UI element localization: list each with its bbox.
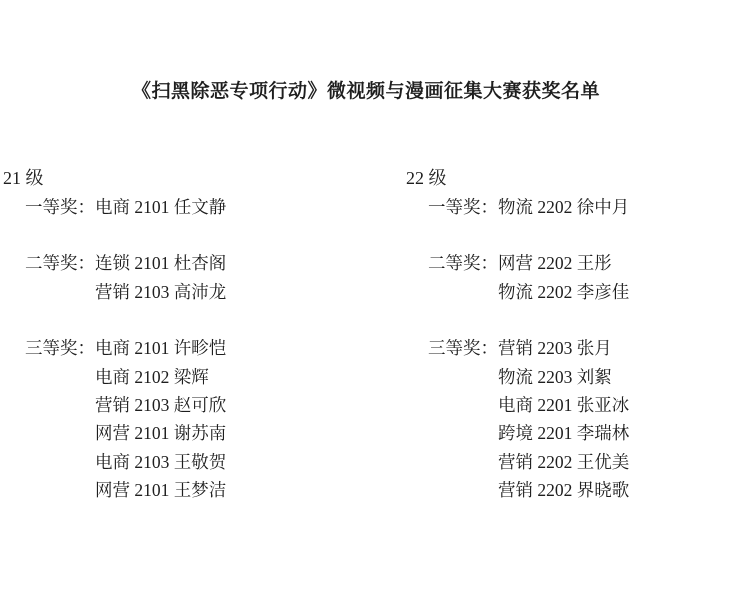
award-tier-label: 二等奖：	[25, 249, 95, 277]
winner-entry: 物流 2203 刘絮	[498, 363, 629, 391]
second-prize-group: 二等奖： 连锁 2101 杜杏阁 营销 2103 高沛龙	[3, 249, 226, 306]
winner-entry: 网营 2101 王梦洁	[95, 476, 226, 504]
winner-list: 电商 2101 许畛恺 电商 2102 梁辉 营销 2103 赵可欣 网营 21…	[95, 334, 226, 504]
winner-list: 营销 2203 张月 物流 2203 刘絮 电商 2201 张亚冰 跨境 220…	[498, 334, 629, 504]
document-page: 《扫黑除恶专项行动》微视频与漫画征集大赛获奖名单 21 级 一等奖： 电商 21…	[0, 0, 732, 592]
winner-list: 电商 2101 任文静	[95, 193, 226, 221]
grade-21-column: 21 级 一等奖： 电商 2101 任文静 二等奖： 连锁 2101 杜杏阁 营…	[3, 164, 226, 505]
winner-entry: 电商 2101 许畛恺	[95, 334, 226, 362]
winner-entry: 网营 2202 王彤	[498, 249, 629, 277]
winner-entry: 营销 2103 赵可欣	[95, 391, 226, 419]
winner-entry: 营销 2202 界晓歌	[498, 476, 629, 504]
winner-entry: 电商 2102 梁辉	[95, 363, 226, 391]
winner-entry: 连锁 2101 杜杏阁	[95, 249, 226, 277]
third-prize-group: 三等奖： 营销 2203 张月 物流 2203 刘絮 电商 2201 张亚冰 跨…	[406, 334, 629, 504]
winner-entry: 营销 2203 张月	[498, 334, 629, 362]
third-prize-group: 三等奖： 电商 2101 许畛恺 电商 2102 梁辉 营销 2103 赵可欣 …	[3, 334, 226, 504]
winner-list: 连锁 2101 杜杏阁 营销 2103 高沛龙	[95, 249, 226, 306]
award-tier-label: 三等奖：	[25, 334, 95, 362]
grade-label: 21 级	[3, 164, 226, 193]
winner-entry: 电商 2101 任文静	[95, 193, 226, 221]
award-tier-label: 一等奖：	[25, 193, 95, 221]
award-tier-label: 二等奖：	[428, 249, 498, 277]
winner-entry: 跨境 2201 李瑞林	[498, 419, 629, 447]
first-prize-group: 一等奖： 物流 2202 徐中月	[406, 193, 629, 221]
winner-entry: 电商 2201 张亚冰	[498, 391, 629, 419]
winner-entry: 电商 2103 王敬贺	[95, 448, 226, 476]
grade-label: 22 级	[406, 164, 629, 193]
winner-list: 网营 2202 王彤 物流 2202 李彦佳	[498, 249, 629, 306]
second-prize-group: 二等奖： 网营 2202 王彤 物流 2202 李彦佳	[406, 249, 629, 306]
winner-entry: 物流 2202 李彦佳	[498, 278, 629, 306]
winner-entry: 营销 2202 王优美	[498, 448, 629, 476]
winner-entry: 营销 2103 高沛龙	[95, 278, 226, 306]
winner-list: 物流 2202 徐中月	[498, 193, 629, 221]
grade-22-column: 22 级 一等奖： 物流 2202 徐中月 二等奖： 网营 2202 王彤 物流…	[406, 164, 629, 505]
first-prize-group: 一等奖： 电商 2101 任文静	[3, 193, 226, 221]
winner-entry: 物流 2202 徐中月	[498, 193, 629, 221]
document-title: 《扫黑除恶专项行动》微视频与漫画征集大赛获奖名单	[0, 76, 732, 103]
award-tier-label: 三等奖：	[428, 334, 498, 362]
award-tier-label: 一等奖：	[428, 193, 498, 221]
winner-entry: 网营 2101 谢苏南	[95, 419, 226, 447]
